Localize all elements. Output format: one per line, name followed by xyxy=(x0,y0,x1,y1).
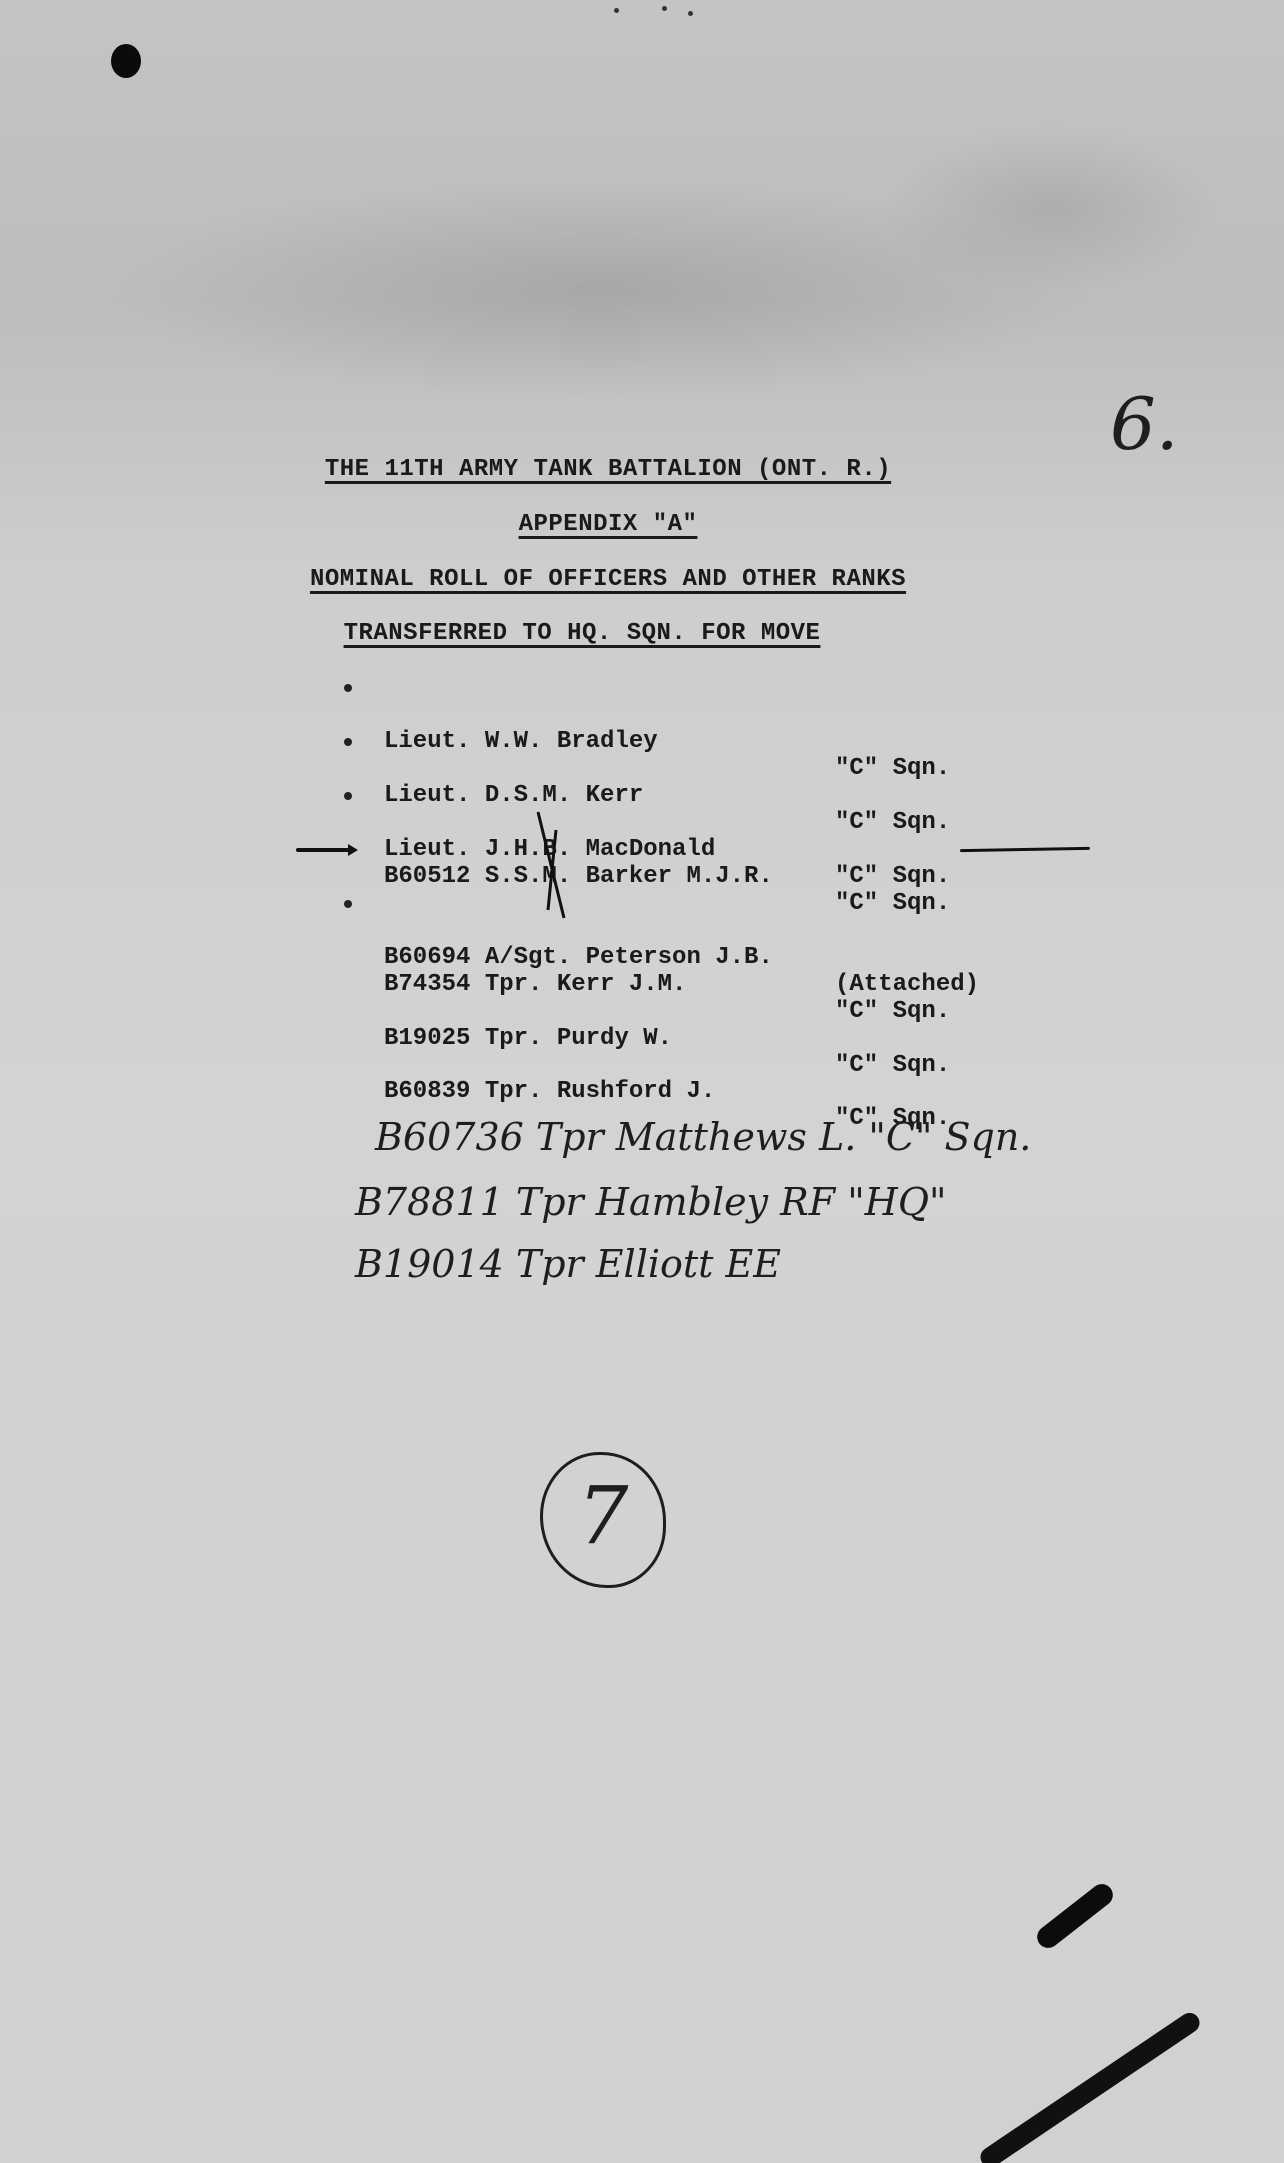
roll-entry: Lieut. D.S.M. Kerr "C" Sqn. xyxy=(352,728,410,760)
entry-name: Lieut. W.W. Bradley xyxy=(384,728,658,755)
entry-unit: "C" Sqn. xyxy=(835,755,950,782)
entry-unit: "C" Sqn. xyxy=(835,863,950,890)
handwritten-entry: B78811 Tpr Hambley RF "HQ" xyxy=(355,1180,946,1224)
roll-entry: B74354 Tpr. Kerr J.M. "C" Sqn. xyxy=(352,944,410,976)
circled-page-number: 7 xyxy=(540,1452,666,1588)
roll-entry: B60839 Tpr. Rushford J. "C" Sqn. xyxy=(352,1051,410,1083)
folio-number: 6. xyxy=(1110,382,1179,466)
x-mark-icon xyxy=(534,810,574,920)
entry-name: B60694 A/Sgt. Peterson J.B. xyxy=(384,944,773,971)
entry-name: B60839 Tpr. Rushford J. xyxy=(384,1078,715,1105)
handwritten-entry: B19014 Tpr Elliott EE xyxy=(355,1242,781,1286)
tick-dot-icon xyxy=(344,738,352,746)
speck xyxy=(688,11,693,16)
ink-smudge xyxy=(977,2009,1204,2163)
entry-unit: "C" Sqn. xyxy=(835,809,950,836)
tick-dot-icon xyxy=(344,792,352,800)
tick-dot-icon xyxy=(344,684,352,692)
roll-entry: B60694 A/Sgt. Peterson J.B. (Attached) xyxy=(352,890,410,922)
scanned-document-page: 6. THE 11TH ARMY TANK BATTALION (ONT. R.… xyxy=(0,0,1284,2163)
ink-smudge xyxy=(1033,1880,1117,1953)
entry-unit: "C" Sqn. xyxy=(835,998,950,1025)
handwritten-entry: B60736 Tpr Matthews L. "C" Sqn. xyxy=(375,1115,1031,1159)
heading-battalion: THE 11TH ARMY TANK BATTALION (ONT. R.) xyxy=(0,456,1250,483)
heading-appendix: APPENDIX "A" xyxy=(0,511,1250,538)
entry-name: B74354 Tpr. Kerr J.M. xyxy=(384,971,686,998)
pen-line-mark xyxy=(960,847,1090,852)
roll-entry: B19025 Tpr. Purdy W. "C" Sqn. xyxy=(352,998,410,1030)
tick-dot-icon xyxy=(344,900,352,908)
roll-entry: B60512 S.S.M. Barker M.J.R. "C" Sqn. xyxy=(352,836,410,868)
speck xyxy=(614,8,619,13)
roll-entry: Lieut. J.H.B. MacDonald "C" Sqn. xyxy=(352,782,410,814)
entry-name: B19025 Tpr. Purdy W. xyxy=(384,1025,672,1052)
entry-name: Lieut. D.S.M. Kerr xyxy=(384,782,643,809)
entry-unit: (Attached) xyxy=(835,971,979,998)
punch-hole xyxy=(111,44,141,78)
page-number-text: 7 xyxy=(543,1469,663,1562)
heading-nominal-roll: NOMINAL ROLL OF OFFICERS AND OTHER RANKS xyxy=(0,566,1250,593)
roll-entry: Lieut. W.W. Bradley "C" Sqn. xyxy=(352,674,410,706)
speck xyxy=(662,6,667,11)
entry-unit: "C" Sqn. xyxy=(835,1052,950,1079)
arrow-right-icon xyxy=(296,848,354,852)
entry-unit: "C" Sqn. xyxy=(835,890,950,917)
entry-name: B60512 S.S.M. Barker M.J.R. xyxy=(384,863,773,890)
heading-transferred: TRANSFERRED TO HQ. SQN. FOR MOVE xyxy=(0,620,1224,647)
